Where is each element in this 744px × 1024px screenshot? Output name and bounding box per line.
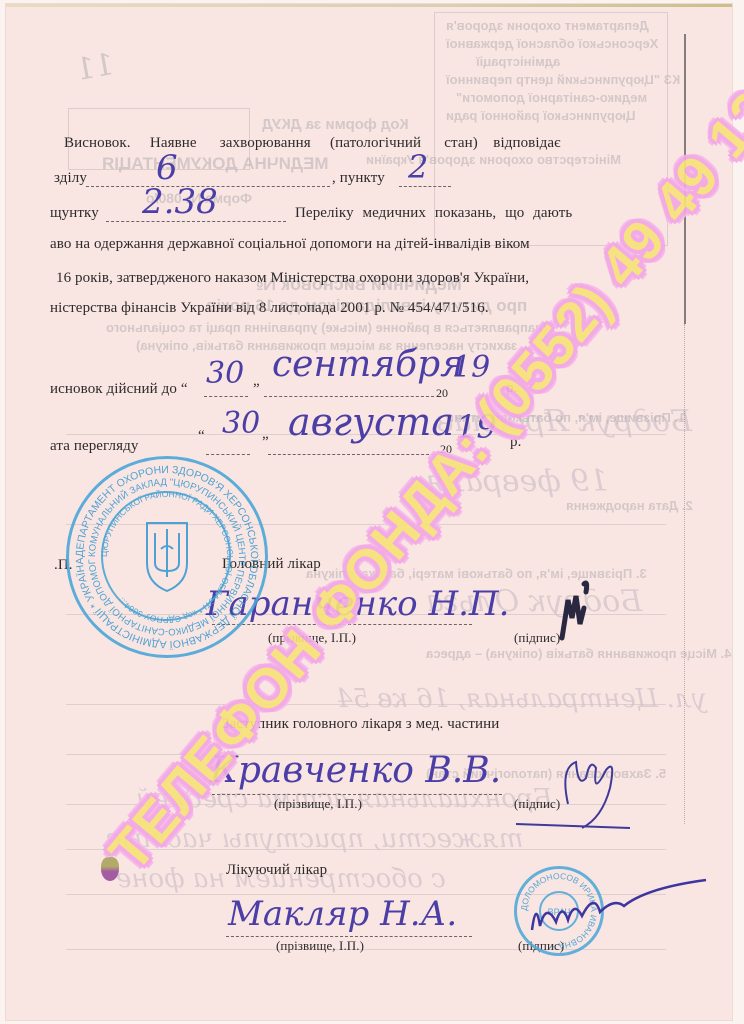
ink-blot	[101, 857, 119, 881]
bleed-through-rule	[66, 704, 666, 705]
page-number-mark: 11	[73, 47, 117, 88]
bleed-through-text: адміністрації	[476, 54, 560, 69]
valid-until-month: сентября	[272, 344, 464, 385]
treating-doctor-role: Лікуючий лікар	[226, 862, 327, 879]
conclusion-line-4: аво на одержання державної соціальної до…	[50, 236, 530, 253]
quote-mark: ”	[262, 434, 269, 451]
bleed-through-text: Код форми за ДКУД	[262, 116, 409, 133]
word: захворювання	[220, 135, 311, 151]
review-day: 30	[222, 406, 260, 441]
valid-until-month-line	[264, 396, 434, 397]
bleed-through-text: 2. Дата народження	[566, 498, 693, 513]
word: Висновок.	[64, 135, 131, 151]
conclusion-line-1: Висновок. Наявне захворювання (патологіч…	[64, 135, 561, 152]
bleed-through-text: медико-санітарної допомоги"	[456, 90, 647, 105]
valid-until-year-prefix: 20	[436, 386, 448, 401]
bleed-through-text: Цюрупинської районної ради	[446, 108, 636, 123]
treating-signature	[516, 872, 716, 942]
quote-mark: “	[198, 428, 205, 445]
deputy-name: Кравченко В.В.	[210, 750, 501, 791]
bleed-through-text: Херсонської обласної державної	[446, 36, 658, 51]
bleed-through-text: (направляється в районне (міське) управл…	[106, 320, 547, 335]
conclusion-line-3: Переліку медичних показань, що дають	[295, 205, 572, 222]
word: відповідає	[493, 135, 560, 151]
name-caption: (прізвище, І.П.)	[274, 796, 362, 812]
subitem-label: щунтку	[50, 205, 99, 222]
review-month: августа	[288, 400, 454, 444]
conclusion-line-6: ністерства фінансів України від 8 листоп…	[50, 300, 489, 317]
item-field-line	[399, 186, 451, 187]
treating-name-line	[226, 936, 472, 937]
bleed-through-text: Департамент охорони здоров'я	[446, 18, 649, 33]
chief-signature	[554, 578, 594, 648]
treating-doctor-name: Макляр Н.А.	[228, 894, 457, 934]
bleed-through-text: МЕДИЧНА ДОКУМЕНТАЦІЯ	[102, 154, 329, 174]
deputy-name-line	[212, 794, 502, 795]
section-label: зділу	[54, 170, 87, 187]
name-caption: (прізвище, І.П.)	[276, 938, 364, 954]
conclusion-line-5: 16 років, затвердженого наказом Міністер…	[56, 270, 529, 287]
quote-mark: ”	[253, 381, 260, 398]
valid-until-label: исновок дійсний до “	[50, 381, 188, 398]
item-value: 2	[408, 148, 428, 186]
bleed-through-text: Міністерство охорони здоров'я України	[366, 152, 621, 167]
trident-emblem-icon	[147, 523, 187, 591]
review-date-label: ата перегляду	[50, 438, 138, 455]
item-label: , пункту	[332, 170, 385, 187]
review-month-line	[268, 454, 434, 455]
valid-until-day: 30	[206, 356, 244, 391]
institution-stamp: ДЕПАРТАМЕНТ ОХОРОНИ ЗДОРОВ'Я ХЕРСОНСЬКОЇ…	[66, 456, 268, 658]
deputy-signature	[506, 748, 646, 838]
valid-until-day-line	[204, 396, 248, 397]
word: стан)	[444, 135, 478, 151]
review-day-line	[206, 454, 250, 455]
bleed-through-text: КЗ "Цюрупинський центр первинної	[446, 72, 680, 87]
bleed-through-handwriting: ул. Центральная, 16 кв 54	[336, 684, 707, 714]
subitem-value: 2.38	[142, 182, 218, 222]
document-page: Департамент охорони здоров'я Херсонської…	[6, 4, 732, 1020]
fold-line	[684, 324, 687, 824]
